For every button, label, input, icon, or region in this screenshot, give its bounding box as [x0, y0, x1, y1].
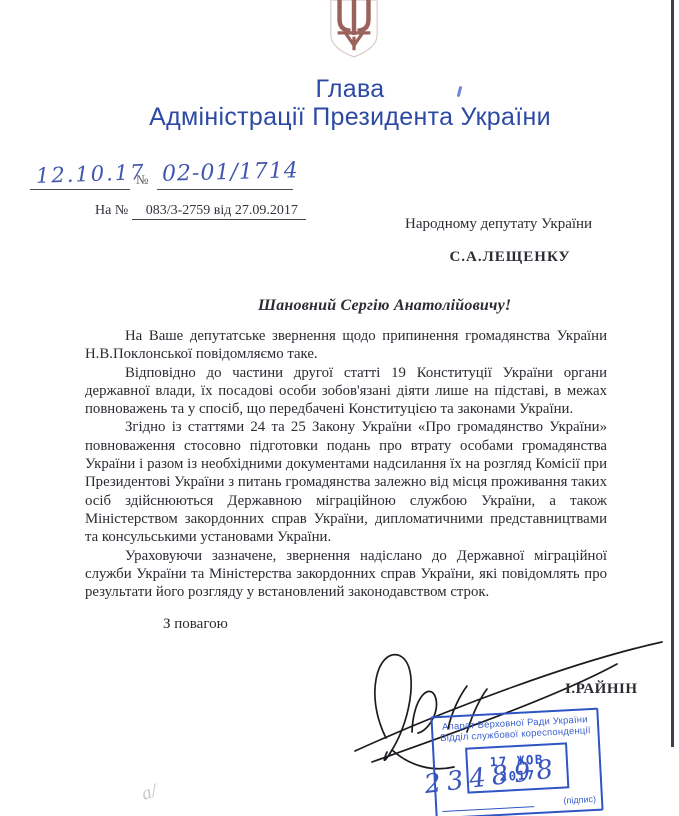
pencil-margin-note: а/ — [139, 780, 160, 805]
body-paragraph-3: Згідно із статтями 24 та 25 Закону Украї… — [85, 418, 607, 546]
addressee-role: Народному депутату України — [405, 216, 615, 233]
body-paragraph-1: На Ваше депутатське звернення щодо припи… — [85, 327, 607, 364]
org-title-line1: Глава — [20, 75, 679, 103]
body-paragraph-4: Ураховуючи зазначене, звернення надіслан… — [85, 547, 607, 602]
incoming-reference: На № 083/3-2759 від 27.09.2017 — [95, 203, 306, 219]
stamp-signature-line — [442, 796, 534, 812]
outgoing-number-handwritten: 02-01/1714 — [162, 158, 299, 187]
body-paragraph-2: Відповідно до частини другої статті 19 К… — [85, 364, 607, 419]
letter-body: На Ваше депутатське звернення щодо припи… — [85, 327, 607, 601]
org-title-line2: Адміністрації Президента України — [20, 103, 679, 131]
incoming-reference-value: 083/3-2759 від 27.09.2017 — [132, 203, 306, 220]
date-underline — [30, 189, 130, 190]
org-title: Глава Адміністрації Президента України — [20, 75, 679, 131]
salutation: Шановний Сергію Анатолійовичу! — [258, 297, 511, 315]
incoming-reference-prefix: На № — [95, 203, 128, 218]
letter-page: Глава Адміністрації Президента України 1… — [0, 0, 679, 816]
number-underline — [157, 189, 293, 190]
number-sign: № — [136, 172, 148, 188]
addressee-name: С.А.ЛЕЩЕНКУ — [405, 249, 615, 266]
outgoing-date-handwritten: 12.10.17 — [36, 160, 146, 188]
tryzub-emblem-icon — [327, 0, 381, 58]
signer-name: І.РАЙНІН — [565, 681, 638, 698]
stamp-signature-label: (підпис) — [563, 794, 596, 806]
addressee-block: Народному депутату України С.А.ЛЕЩЕНКУ — [405, 216, 615, 266]
closing-phrase: З повагою — [163, 616, 228, 633]
scan-edge-line — [671, 0, 674, 747]
